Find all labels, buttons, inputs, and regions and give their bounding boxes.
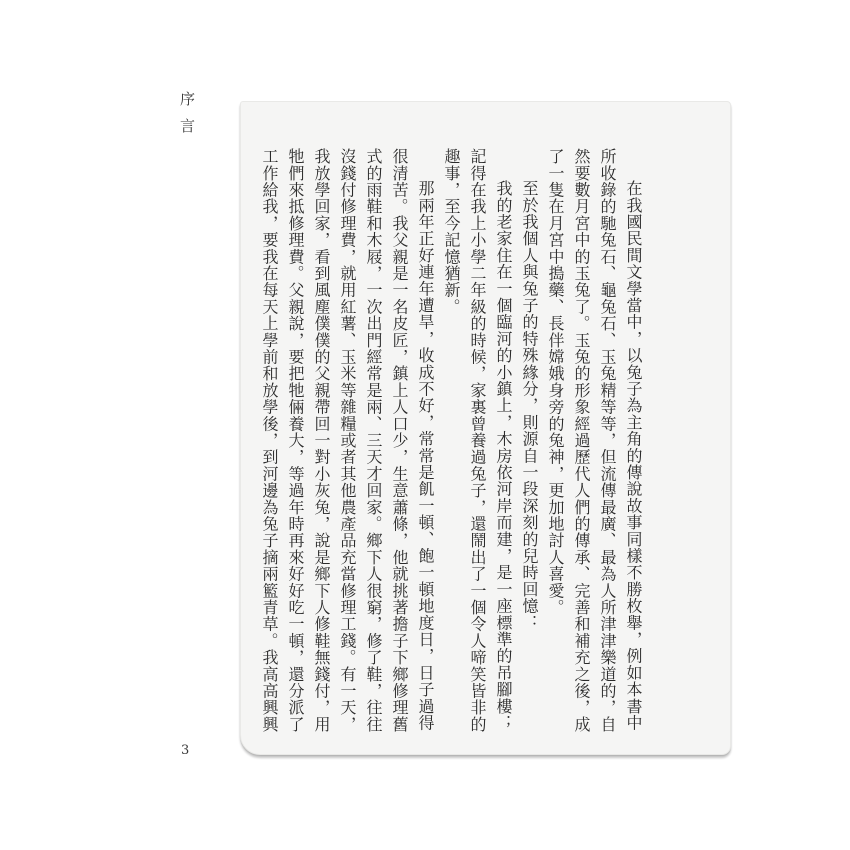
chapter-margin-label: 序言 xyxy=(177,91,198,145)
paragraph-1: 在我國民間文學當中，以兔子為主角的傳說故事同樣不勝枚舉，例如本書中所收錄的馳兔石… xyxy=(542,148,646,734)
body-text: 在我國民間文學當中，以兔子為主角的傳說故事同樣不勝枚舉，例如本書中所收錄的馳兔石… xyxy=(256,148,646,734)
paragraph-2: 至於我個人與兔子的特殊緣分，則源自一段深刻的兒時回憶： xyxy=(516,148,542,734)
book-page-scan: 序言 3 在我國民間文學當中，以兔子為主角的傳說故事同樣不勝枚舉，例如本書中所收… xyxy=(0,0,850,850)
page-number: 3 xyxy=(181,743,189,758)
paragraph-3: 我的老家住在一個臨河的小鎮上，木房依河岸而建，是一座標準的吊腳樓；記得在我上小學… xyxy=(438,148,516,734)
book-page: 在我國民間文學當中，以兔子為主角的傳說故事同樣不勝枚舉，例如本書中所收錄的馳兔石… xyxy=(240,101,731,755)
paragraph-4: 那兩年正好連年遭旱，收成不好，常常是飢一頓、飽一頓地度日，日子過得很清苦。我父親… xyxy=(256,148,438,734)
